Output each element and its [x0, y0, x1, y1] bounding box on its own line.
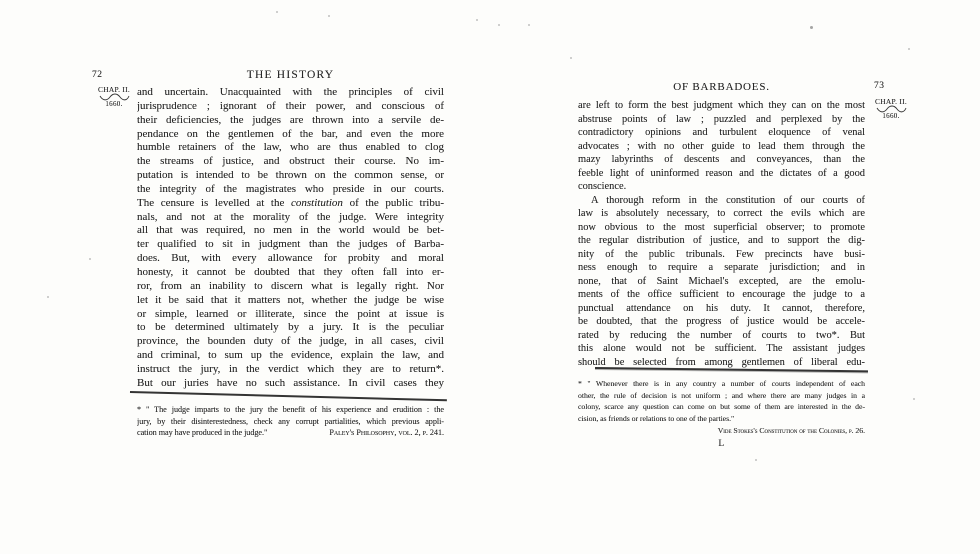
- text-line: ments of the office sufficient to encour…: [578, 288, 865, 302]
- text-line: conscience.: [578, 180, 865, 194]
- text-line: are left to form the best judgment which…: [578, 99, 865, 113]
- text-line: instruct the jury, in the verdict which …: [137, 363, 444, 377]
- running-title-left: THE HISTORY: [137, 69, 444, 81]
- text-line: does. But, with every allowance for prob…: [137, 252, 444, 266]
- signature-mark: L: [578, 439, 865, 449]
- footnote-rule-left: [130, 391, 447, 401]
- text-line: nals, and not at the morality of the jud…: [137, 211, 444, 225]
- scan-speck: [755, 459, 757, 461]
- text-line: or simple, learned or illiterate, since …: [137, 308, 444, 322]
- text-line: punctual attendance on his duty. It cann…: [578, 302, 865, 316]
- text-line: humble retainers of the law, who are thu…: [137, 141, 444, 155]
- text-line: now obvious to the most superficial obse…: [578, 221, 865, 235]
- body-text-right: are left to form the best judgment which…: [578, 99, 865, 369]
- chapter-marginal-left: CHAP. II. 1660.: [91, 86, 137, 108]
- scan-speck: [276, 11, 278, 13]
- body-text-left: and uncertain. Unacquainted with the pri…: [137, 86, 444, 391]
- text-line: nity of the public tribunals. Few precin…: [578, 248, 865, 262]
- text-line: honesty, it cannot be doubted that they …: [137, 266, 444, 280]
- text-line: putation is intended to be thrown on the…: [137, 169, 444, 183]
- footnote-right-citation: Vide Stokes's Constitution of the Coloni…: [578, 425, 865, 437]
- text-line: pendance on the gentlemen of the bar, an…: [137, 128, 444, 142]
- text-line: none, that of Saint Michael's excepted, …: [578, 275, 865, 289]
- text-line: * " The judge imparts to the jury the be…: [137, 404, 444, 416]
- text-line: the integrity of the magistrates who pre…: [137, 183, 444, 197]
- text-line: The censure is levelled at the constitut…: [137, 197, 444, 211]
- footnote-right-lines: * " Whenever there is in any country a n…: [578, 378, 865, 424]
- text-line: this alone would not be sufficient. The …: [578, 342, 865, 356]
- text-line: all that was required, no men in the wor…: [137, 224, 444, 238]
- text-line: law is absolutely necessary, to correct …: [578, 207, 865, 221]
- footnote-left: * " The judge imparts to the jury the be…: [137, 404, 444, 439]
- scan-speck: [328, 15, 330, 17]
- text-line: * " Whenever there is in any country a n…: [578, 378, 865, 390]
- text-line: the streams of justice, and obstruct the…: [137, 155, 444, 169]
- text-line: let it be said that it matters not, whet…: [137, 294, 444, 308]
- text-line: mazy labyrinths of descents and conveyan…: [578, 153, 865, 167]
- text-line: contradictory opinions and turbulent elo…: [578, 126, 865, 140]
- text-line: But our juries have no such assistance. …: [137, 377, 444, 391]
- scan-speck: [913, 398, 915, 400]
- text-line: feeble light of uninformed reason and th…: [578, 167, 865, 181]
- scan-speck: [89, 258, 91, 260]
- year-label-right: 1660.: [868, 113, 914, 120]
- running-title-right: OF BARBADOES.: [578, 81, 865, 93]
- page-number-left: 72: [92, 70, 103, 80]
- chapter-label-left: CHAP. II.: [91, 86, 137, 93]
- footnote-left-citation: Paley's Philosophy, vol. 2, p. 241.: [329, 427, 444, 439]
- text-line: cision, as friends or relations to one o…: [578, 413, 865, 425]
- text-line: ness enough to require a separate jurisd…: [578, 261, 865, 275]
- chapter-label-right: CHAP. II.: [868, 98, 914, 105]
- text-line: advocates ; with no other guide to lead …: [578, 140, 865, 154]
- scan-speck: [528, 24, 530, 26]
- year-label-left: 1660.: [91, 101, 137, 108]
- text-line: other, the rule of decision is not unifo…: [578, 390, 865, 402]
- text-line: and uncertain. Unacquainted with the pri…: [137, 86, 444, 100]
- text-line: be doubted, that the progress of justice…: [578, 315, 865, 329]
- text-line: and criminal, to sum up the evidence, ex…: [137, 349, 444, 363]
- text-line: colony, scarce any question can come on …: [578, 401, 865, 413]
- footnote-left-text: cation may have produced in the judge.": [137, 427, 267, 439]
- text-line: the regular distribution of justice, and…: [578, 234, 865, 248]
- footnote-left-lines: * " The judge imparts to the jury the be…: [137, 404, 444, 427]
- footnote-right: * " Whenever there is in any country a n…: [578, 378, 865, 437]
- text-line: abstruse points of law ; puzzled and per…: [578, 113, 865, 127]
- scan-speck: [810, 26, 813, 29]
- scan-speck: [476, 19, 478, 21]
- text-line: jurisprudence ; ignorant of their power,…: [137, 100, 444, 114]
- footnote-left-last-line: cation may have produced in the judge." …: [137, 427, 444, 439]
- chapter-marginal-right: CHAP. II. 1660.: [868, 98, 914, 120]
- text-line: jury, by their disinterestedness, check …: [137, 416, 444, 428]
- scan-speck: [908, 48, 910, 50]
- text-line: A thorough reform in the constitution of…: [578, 194, 865, 208]
- scan-speck: [47, 296, 49, 298]
- text-line: ter qualified to sit in judgment than th…: [137, 238, 444, 252]
- page-number-right: 73: [874, 81, 885, 91]
- text-line: ror, from an inability to discern what i…: [137, 280, 444, 294]
- text-line: province, the bounden duty of the judge,…: [137, 335, 444, 349]
- text-line: to be determined ultimately by a jury. I…: [137, 321, 444, 335]
- book-scan: 72 THE HISTORY CHAP. II. 1660. and uncer…: [0, 0, 980, 554]
- scan-speck: [498, 24, 500, 26]
- text-line: rated by reducing the number of courts t…: [578, 329, 865, 343]
- scan-speck: [570, 57, 572, 59]
- text-line: their deficiencies, the judges are throw…: [137, 114, 444, 128]
